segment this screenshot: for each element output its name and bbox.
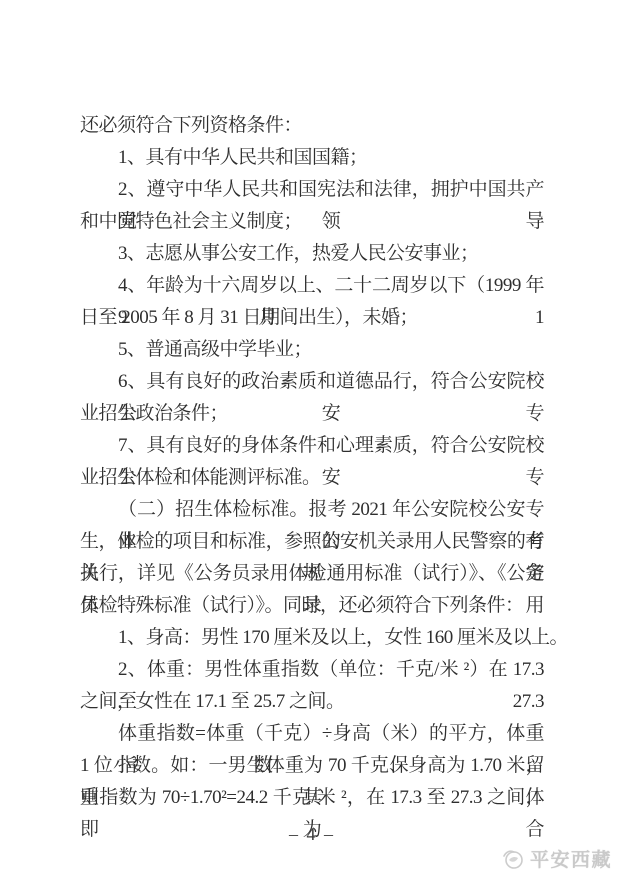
text-line: 生，体检的项目和标准，参照公安机关录用人民警察的有关规定 xyxy=(80,526,544,558)
watermark-label: 平安西藏 xyxy=(530,845,612,872)
text-line: 3、志愿从事公安工作，热爱人民公安事业； xyxy=(80,238,544,270)
text-line: 还必须符合下列资格条件： xyxy=(80,110,544,142)
text-line: 体重指数=体重（千克）÷身高（米）的平方，体重指数保留 xyxy=(80,718,544,750)
text-line: 1 位小数。如：一男生体重为 70 千克、身高为 1.70 米，则其体 xyxy=(80,750,544,782)
text-line: 5、普通高级中学毕业； xyxy=(80,334,544,366)
text-line: 执行，详见《公务员录用体检通用标准（试行）》、《公务员录用 xyxy=(80,558,544,590)
text-line: 重指数为 70÷1.70²=24.2 千克/米 ²，在 17.3 至 27.3 … xyxy=(80,782,544,814)
text-line: 4、年龄为十六周岁以上、二十二周岁以下（1999 年 9 月 1 xyxy=(80,270,544,302)
text-line: 6、具有良好的政治素质和道德品行，符合公安院校公安专 xyxy=(80,366,544,398)
text-line: 1、具有中华人民共和国国籍； xyxy=(80,142,544,174)
text-line: （二）招生体检标准。报考 2021 年公安院校公安专业的考 xyxy=(80,494,544,526)
document-body: 还必须符合下列资格条件： 1、具有中华人民共和国国籍； 2、遵守中华人民共和国宪… xyxy=(80,110,544,814)
text-line: 2、体重：男性体重指数（单位：千克/米 ²）在 17.3 至 27.3 xyxy=(80,654,544,686)
text-line: 7、具有良好的身体条件和心理素质，符合公安院校公安专 xyxy=(80,430,544,462)
text-line: 2、遵守中华人民共和国宪法和法律，拥护中国共产党领导 xyxy=(80,174,544,206)
dove-logo-icon xyxy=(501,847,525,871)
document-page: 还必须符合下列资格条件： 1、具有中华人民共和国国籍； 2、遵守中华人民共和国宪… xyxy=(0,0,624,880)
text-line: 体检特殊标准（试行）》。同时，还必须符合下列条件： xyxy=(80,590,544,622)
text-line: 1、身高：男性 170 厘米及以上，女性 160 厘米及以上。 xyxy=(80,622,544,654)
watermark: 平安西藏 xyxy=(501,845,612,872)
